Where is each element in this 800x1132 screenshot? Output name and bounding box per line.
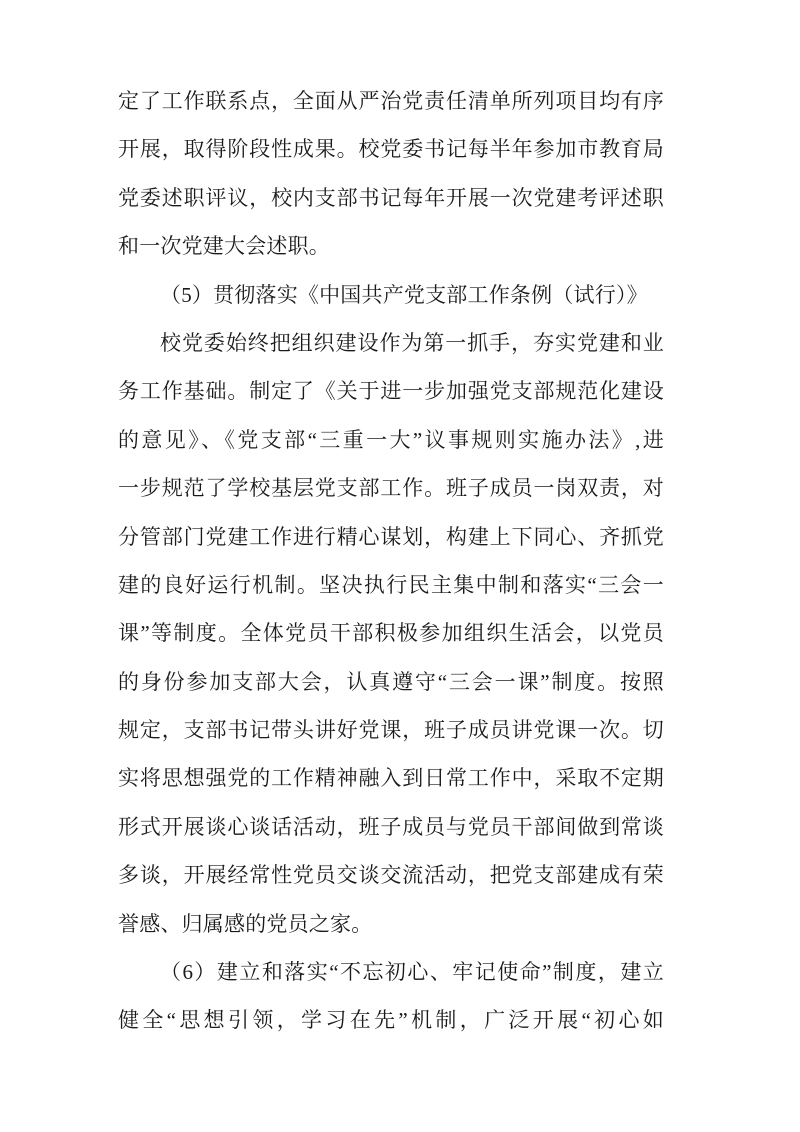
document-line: 分管部门党建工作进行精心谋划，构建上下同心、齐抓党 (118, 513, 664, 561)
document-page: 定了工作联系点，全面从严治党责任清单所列项目均有序 开展，取得阶段性成果。校党委… (0, 0, 800, 1132)
document-line: 形式开展谈心谈话活动，班子成员与党员干部间做到常谈 (118, 803, 664, 851)
document-line: 健全“思想引领，学习在先”机制，广泛开展“初心如 (118, 996, 664, 1044)
document-line: 校党委始终把组织建设作为第一抓手，夯实党建和业 (118, 319, 664, 367)
document-line: 定了工作联系点，全面从严治党责任清单所列项目均有序 (118, 77, 664, 125)
document-line: 的身份参加支部大会，认真遵守“三会一课”制度。按照 (118, 658, 664, 706)
document-line: 务工作基础。制定了《关于进一步加强党支部规范化建设 (118, 367, 664, 415)
document-line: 的意见》、《党支部“三重一大”议事规则实施办法》,进 (118, 416, 664, 464)
document-line: 实将思想强党的工作精神融入到日常工作中，采取不定期 (118, 754, 664, 802)
document-line: 一步规范了学校基层党支部工作。班子成员一岗双责，对 (118, 464, 664, 512)
document-line: 和一次党建大会述职。 (118, 222, 664, 270)
document-line: 建的良好运行机制。坚决执行民主集中制和落实“三会一 (118, 561, 664, 609)
document-line: 规定，支部书记带头讲好党课，班子成员讲党课一次。切 (118, 706, 664, 754)
document-line: 誉感、归属感的党员之家。 (118, 900, 664, 948)
document-line: 开展，取得阶段性成果。校党委书记每半年参加市教育局 (118, 125, 664, 173)
document-line: 多谈，开展经常性党员交谈交流活动，把党支部建成有荣 (118, 851, 664, 899)
document-line-section-6-start: （6）建立和落实“不忘初心、牢记使命”制度，建立 (118, 948, 664, 996)
document-line-section-5-heading: （5）贯彻落实《中国共产党支部工作条例（试行）》 (118, 271, 664, 319)
document-text-block: 定了工作联系点，全面从严治党责任清单所列项目均有序 开展，取得阶段性成果。校党委… (118, 77, 664, 1045)
document-line: 课”等制度。全体党员干部积极参加组织生活会，以党员 (118, 609, 664, 657)
document-line: 党委述职评议，校内支部书记每年开展一次党建考评述职 (118, 174, 664, 222)
